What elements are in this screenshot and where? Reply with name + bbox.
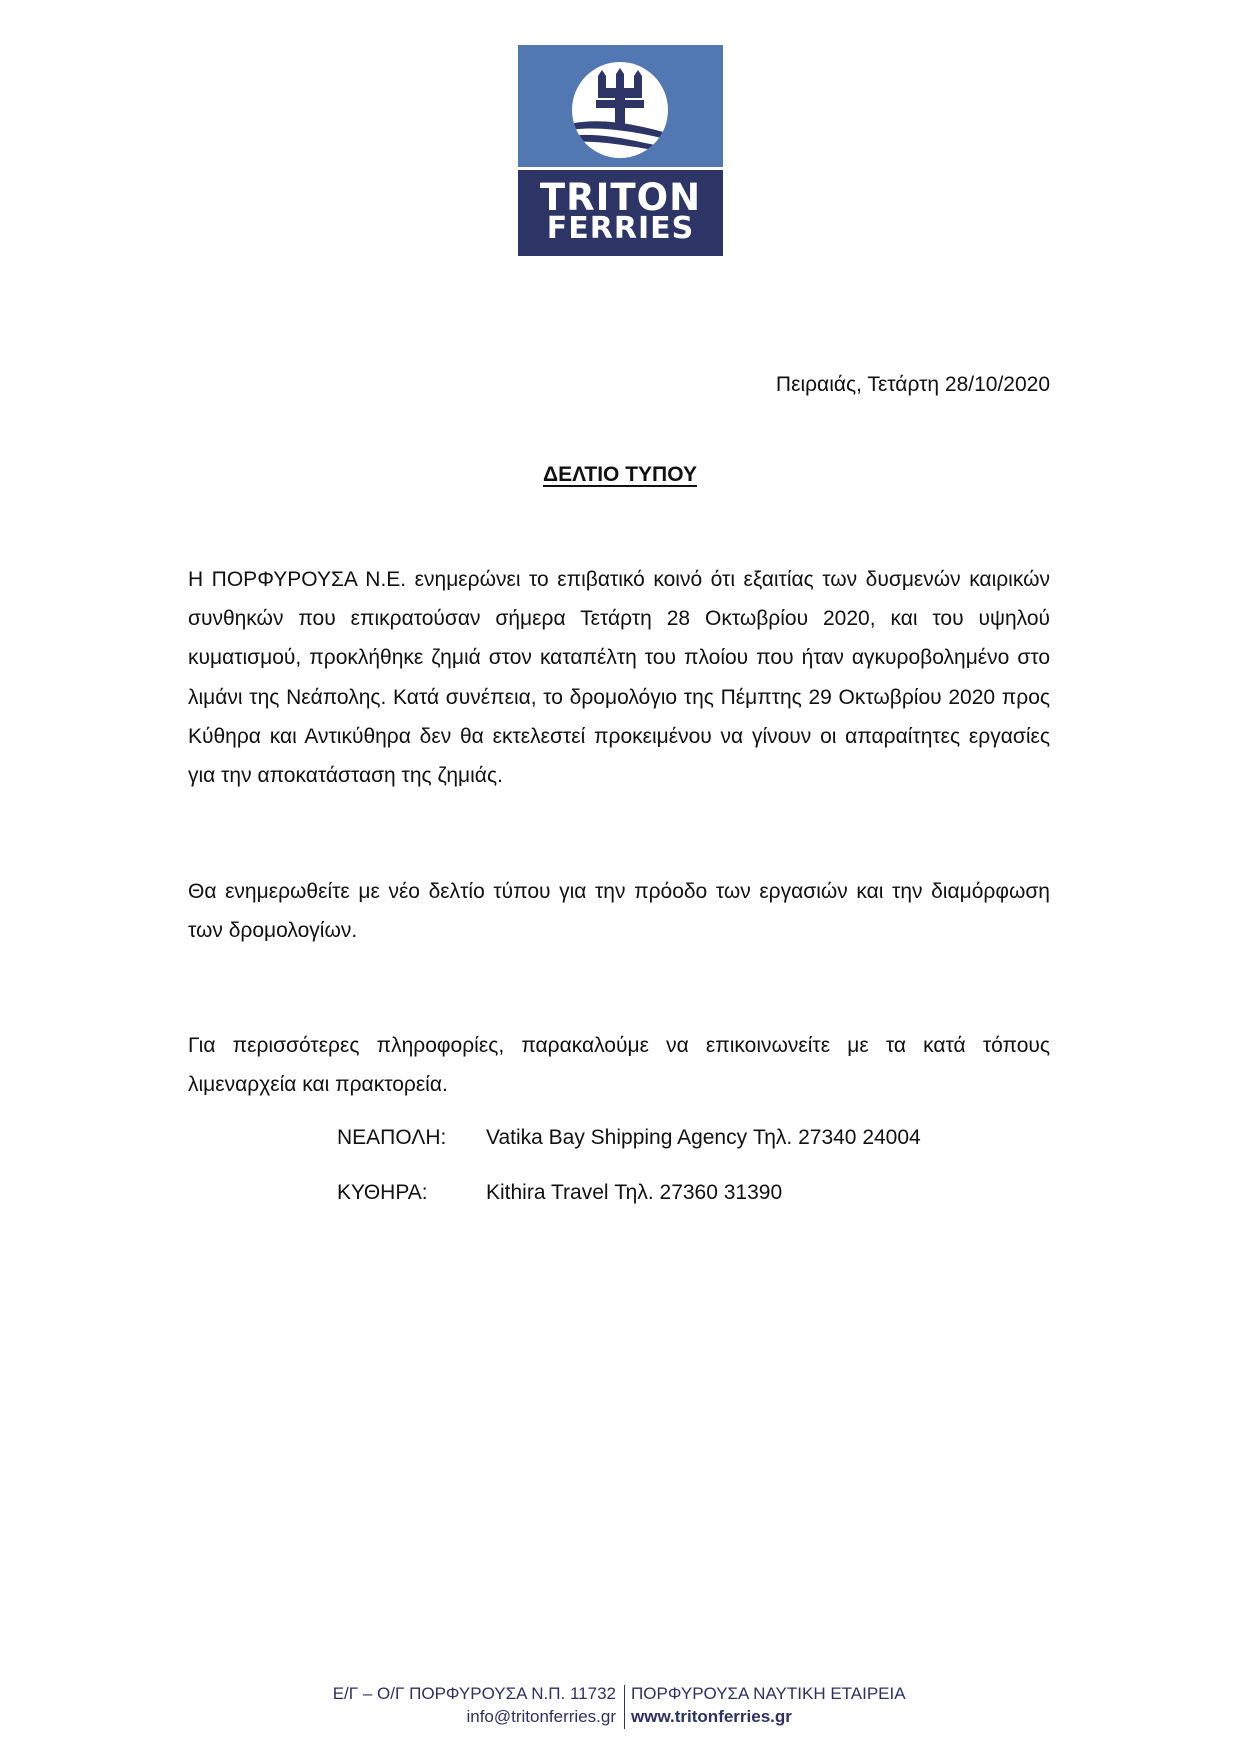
footer-divider: [624, 1685, 625, 1729]
contact-value: Vatika Bay Shipping Agency Τηλ. 27340 24…: [486, 1124, 921, 1152]
contact-value: Kithira Travel Τηλ. 27360 31390: [486, 1179, 782, 1207]
footer-company: ΠΟΡΦΥΡΟΥΣΑ ΝΑΥΤΙΚΗ ΕΤΑΙΡΕΙΑ: [631, 1682, 906, 1705]
body-paragraph-1: Η ΠΟΡΦΥΡΟΥΣΑ Ν.Ε. ενημερώνει το επιβατικ…: [188, 560, 1050, 795]
logo-emblem-panel: [518, 45, 723, 167]
triton-ferries-logo: TRITON FERRIES: [518, 45, 723, 256]
footer-left: Ε/Γ – Ο/Γ ΠΟΡΦΥΡΟΥΣΑ Ν.Π. 11732 info@tri…: [333, 1682, 616, 1728]
logo-wordmark: TRITON FERRIES: [518, 170, 723, 256]
date-line: Πειραιάς, Τετάρτη 28/10/2020: [776, 371, 1050, 399]
logo-text-ferries: FERRIES: [518, 212, 723, 246]
contact-label: ΚΥΘΗΡΑ:: [337, 1179, 428, 1207]
footer-right: ΠΟΡΦΥΡΟΥΣΑ ΝΑΥΤΙΚΗ ΕΤΑΙΡΕΙΑ www.tritonfe…: [631, 1682, 906, 1728]
footer-website[interactable]: www.tritonferries.gr: [631, 1705, 906, 1728]
body-paragraph-2: Θα ενημερωθείτε με νέο δελτίο τύπου για …: [188, 872, 1050, 950]
page-title: ΔΕΛΤΙΟ ΤΥΠΟΥ: [0, 461, 1240, 489]
footer-registry: Ε/Γ – Ο/Γ ΠΟΡΦΥΡΟΥΣΑ Ν.Π. 11732: [333, 1682, 616, 1705]
page-title-text: ΔΕΛΤΙΟ ΤΥΠΟΥ: [543, 463, 697, 486]
footer-email[interactable]: info@tritonferries.gr: [333, 1705, 616, 1728]
trident-wave-icon: [570, 60, 670, 160]
contact-label: ΝΕΑΠΟΛΗ:: [337, 1124, 446, 1152]
body-paragraph-3: Για περισσότερες πληροφορίες, παρακαλούμ…: [188, 1026, 1050, 1104]
